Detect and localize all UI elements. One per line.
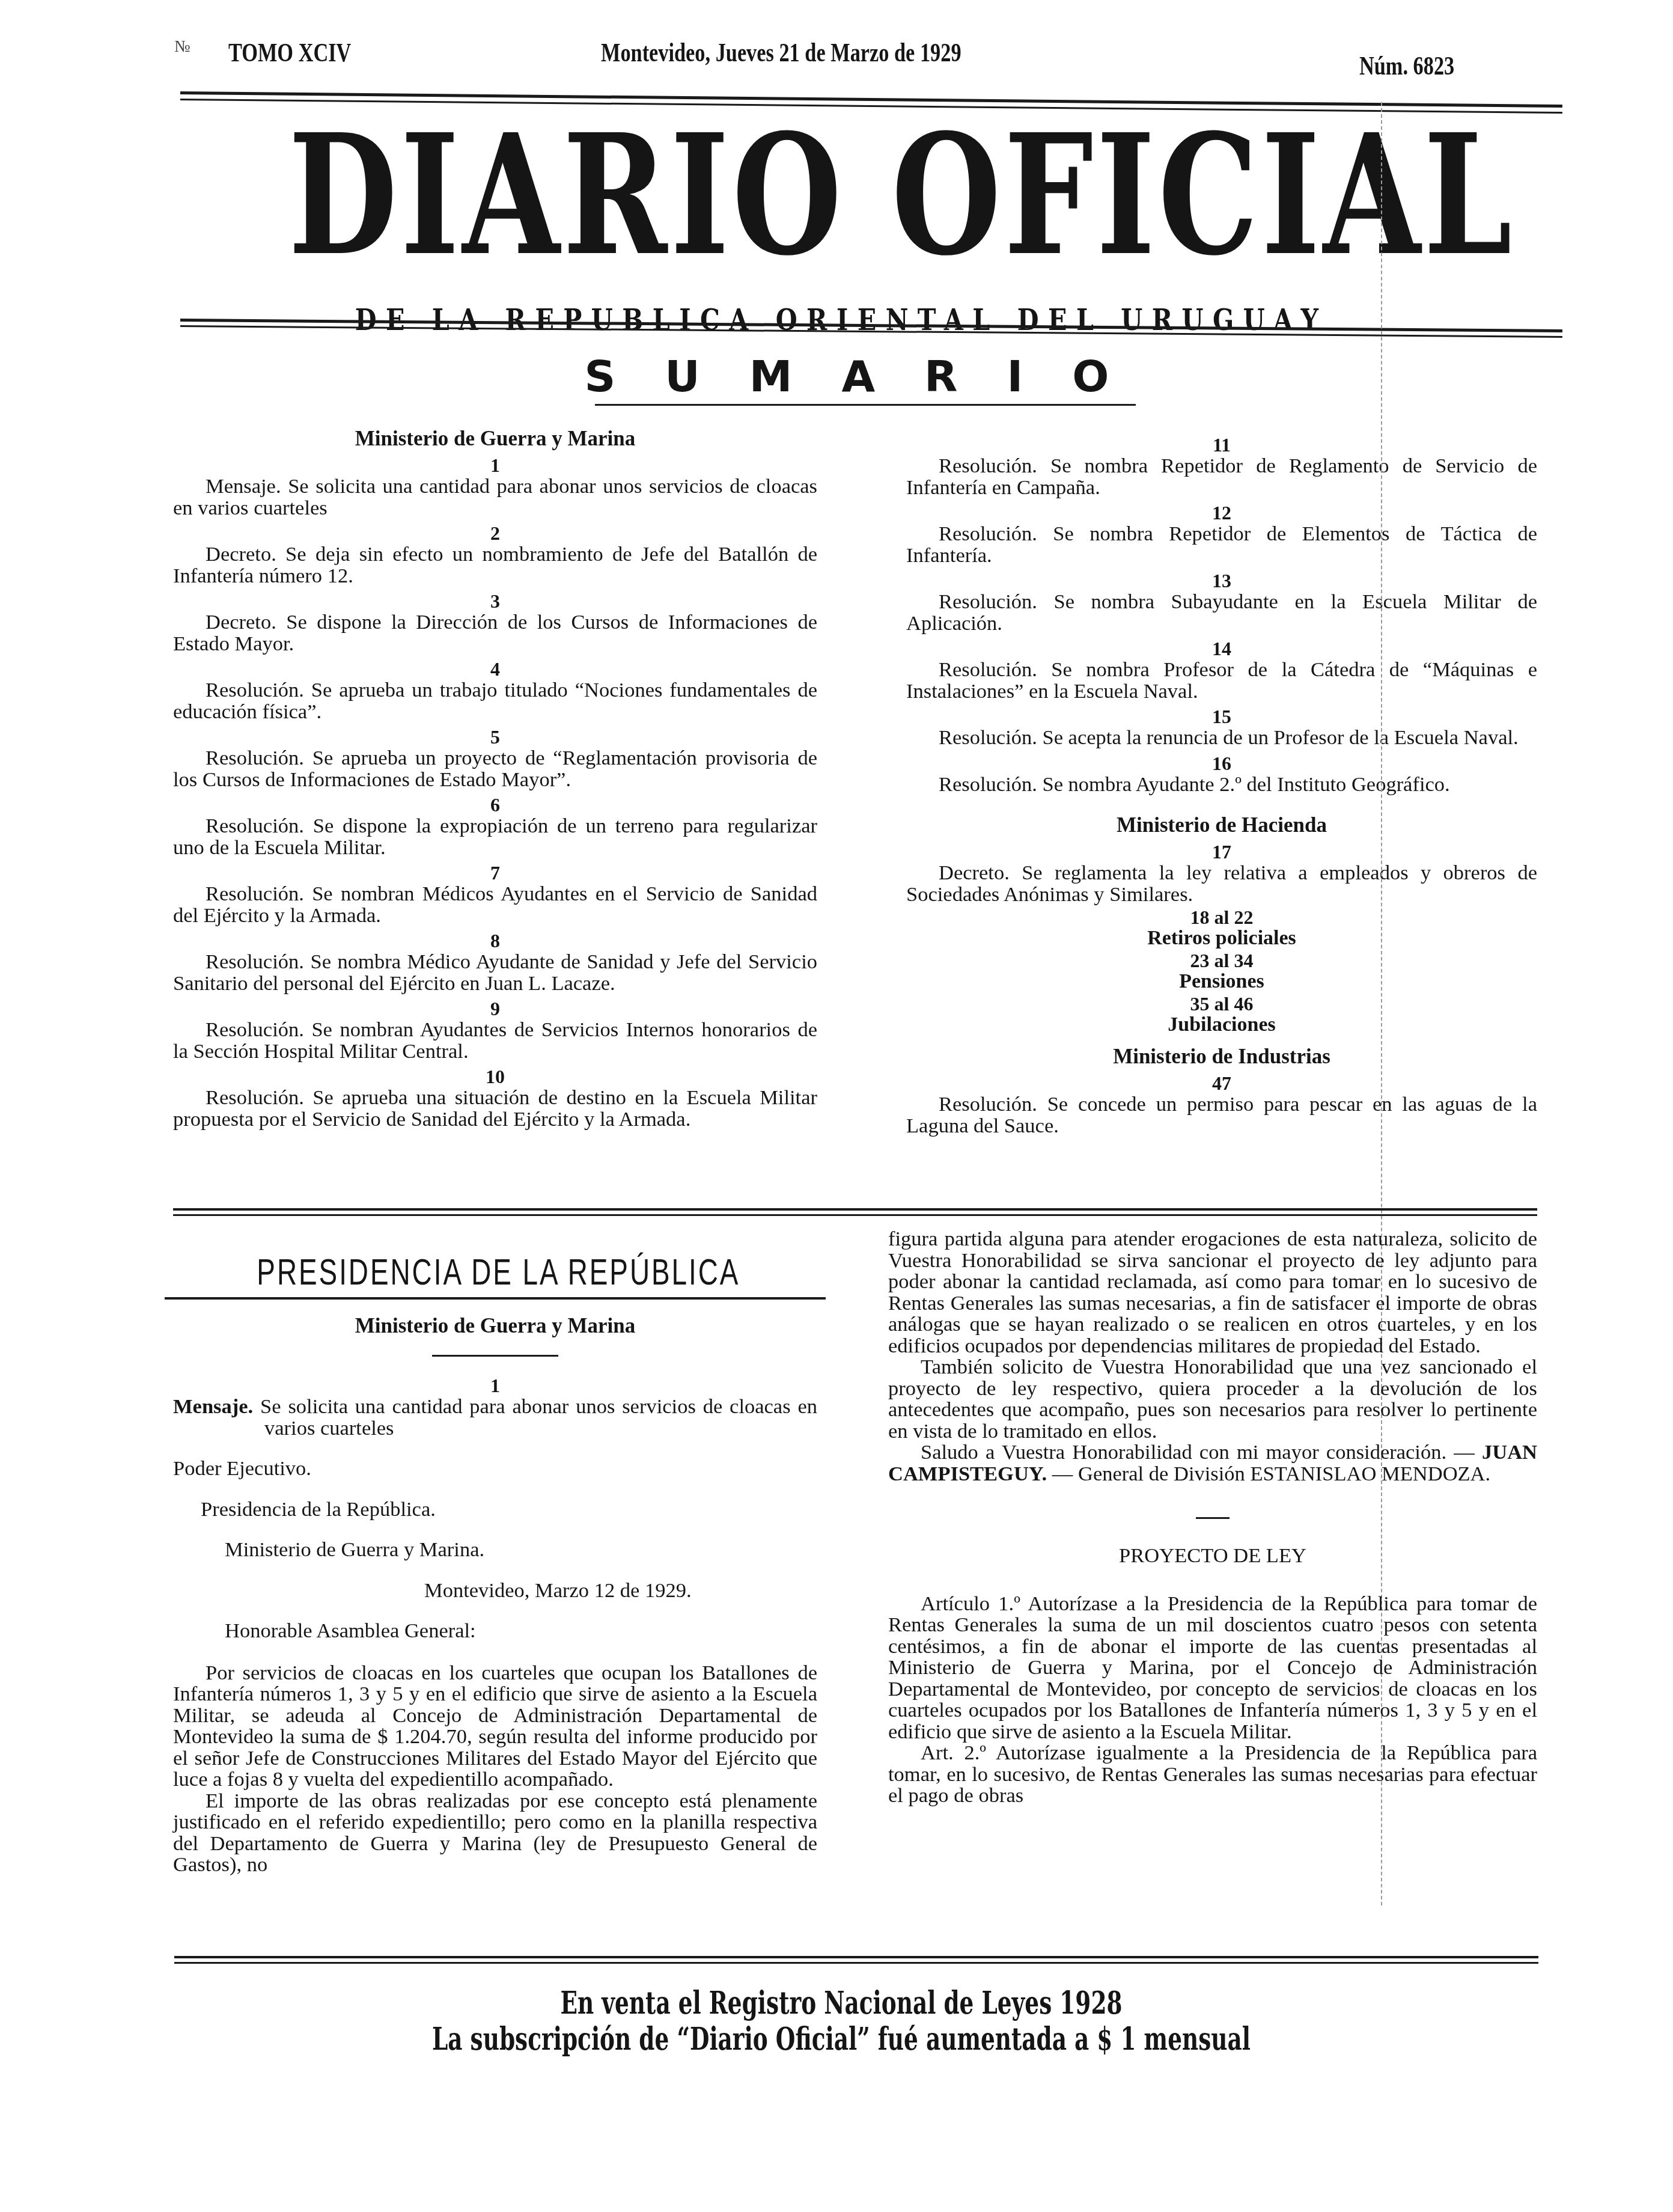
summary-entry: 5 Resolución. Se aprueba un proyecto de …: [173, 726, 817, 790]
summary-entry: 10 Resolución. Se aprueba una situación …: [173, 1066, 817, 1130]
entry-text: Decreto. Se reglamenta la ley relativa a…: [906, 863, 1537, 905]
summary-entry: 4 Resolución. Se aprueba un trabajo titu…: [173, 658, 817, 723]
entry-number: 10: [173, 1066, 817, 1087]
summary-range: 18 al 22 Retiros policiales: [906, 906, 1537, 949]
issue-date: Montevideo, Jueves 21 de Marzo de 1929: [601, 37, 961, 68]
entry-number: 7: [173, 862, 817, 884]
summary-entry: 15 Resolución. Se acepta la renuncia de …: [906, 706, 1537, 749]
summary-range: 35 al 46 Jubilaciones: [906, 993, 1537, 1035]
body-paragraph: figura partida alguna para atender eroga…: [888, 1229, 1537, 1357]
entry-text: Resolución. Se aprueba un trabajo titula…: [173, 680, 817, 723]
summary-left-column: Ministerio de Guerra y Marina 1 Mensaje.…: [173, 424, 817, 1130]
summary-entry: 11 Resolución. Se nombra Repetidor de Re…: [906, 434, 1537, 498]
article-ministry: Ministerio de Guerra y Marina: [173, 1314, 817, 1338]
summary-heading-underline: [595, 404, 1136, 406]
entry-text: Decreto. Se deja sin efecto un nombramie…: [173, 544, 817, 587]
article-left-column: PRESIDENCIA DE LA REPÚBLICA Ministerio d…: [173, 1237, 817, 1876]
section-title: PRESIDENCIA DE LA REPÚBLICA: [257, 1251, 733, 1294]
entry-number: 5: [173, 726, 817, 748]
range-numbers: 18 al 22: [906, 906, 1537, 928]
summary-entry: 7 Resolución. Se nombran Médicos Ayudant…: [173, 862, 817, 926]
summary-entry: 17 Decreto. Se reglamenta la ley relativ…: [906, 841, 1537, 905]
entry-number: 15: [906, 706, 1537, 727]
summary-ministry-industrias: Ministerio de Industrias: [906, 1045, 1537, 1069]
body-paragraph: También solicito de Vuestra Honorabilida…: [888, 1357, 1537, 1442]
notice-registro: En venta el Registro Nacional de Leyes 1…: [365, 1985, 1317, 2021]
entry-text: Mensaje. Se solicita una cantidad para a…: [173, 476, 817, 519]
summary-entry: 6 Resolución. Se dispone la expropiación…: [173, 794, 817, 858]
notice-subscription: La subscripción de “Diario Oficial” fué …: [365, 2021, 1317, 2058]
article-right-column: figura partida alguna para atender eroga…: [888, 1229, 1537, 1807]
lead-text: Se solicita una cantidad para abonar uno…: [260, 1395, 817, 1440]
entry-number: 2: [173, 522, 817, 544]
entry-text: Resolución. Se dispone la expropiación d…: [173, 816, 817, 858]
footer-rule-top: [174, 1956, 1538, 1958]
entry-text: Resolución. Se aprueba una situación de …: [173, 1087, 817, 1130]
entry-text: Resolución. Se aprueba un proyecto de “R…: [173, 748, 817, 790]
corner-mark: №: [174, 37, 190, 57]
summary-entry: 12 Resolución. Se nombra Repetidor de El…: [906, 502, 1537, 566]
entry-number: 11: [906, 434, 1537, 456]
summary-entry: 14 Resolución. Se nombra Profesor de la …: [906, 638, 1537, 702]
addressee-line: Presidencia de la República.: [173, 1499, 817, 1521]
issue-number: Núm. 6823: [1359, 50, 1454, 81]
body-paragraph: Por servicios de cloacas en los cuartele…: [173, 1663, 817, 1791]
entry-number: 6: [173, 794, 817, 816]
bill-article: Art. 2.º Autorízase igualmente a la Pres…: [888, 1743, 1537, 1807]
footer-rule-bottom: [174, 1962, 1538, 1964]
addressee-line: Poder Ejecutivo.: [173, 1458, 817, 1480]
summary-entry: 2 Decreto. Se deja sin efecto un nombram…: [173, 522, 817, 587]
range-label: Pensiones: [906, 971, 1537, 992]
entry-number: 47: [906, 1072, 1537, 1094]
entry-number: 3: [173, 590, 817, 612]
bill-title: PROYECTO DE LEY: [888, 1545, 1537, 1567]
range-numbers: 23 al 34: [906, 950, 1537, 971]
bill-article: Artículo 1.º Autorízase a la Presidencia…: [888, 1593, 1537, 1743]
body-paragraph: El importe de las obras realizadas por e…: [173, 1791, 817, 1876]
range-numbers: 35 al 46: [906, 993, 1537, 1015]
entry-text: Decreto. Se dispone la Dirección de los …: [173, 612, 817, 655]
article-number: 1: [173, 1375, 817, 1396]
summary-ministry-guerra: Ministerio de Guerra y Marina: [173, 427, 817, 451]
entry-text: Resolución. Se nombra Médico Ayudante de…: [173, 952, 817, 994]
closing-paragraph: Saludo a Vuestra Honorabilidad con mi ma…: [888, 1442, 1537, 1485]
closing-text: Saludo a Vuestra Honorabilidad con mi ma…: [921, 1441, 1475, 1464]
entry-number: 8: [173, 930, 817, 952]
addressee-line: Ministerio de Guerra y Marina.: [173, 1539, 817, 1561]
entry-text: Resolución. Se acepta la renuncia de un …: [906, 727, 1537, 749]
summary-entry: 13 Resolución. Se nombra Subayudante en …: [906, 570, 1537, 634]
volume-label: TOMO XCIV: [228, 37, 351, 68]
article-lead: Mensaje. Se solicita una cantidad para a…: [173, 1396, 817, 1439]
summary-entry: 8 Resolución. Se nombra Médico Ayudante …: [173, 930, 817, 994]
summary-entry: 3 Decreto. Se dispone la Dirección de lo…: [173, 590, 817, 655]
entry-number: 1: [173, 454, 817, 476]
entry-text: Resolución. Se nombra Ayudante 2.º del I…: [906, 774, 1537, 796]
entry-text: Resolución. Se nombran Médicos Ayudantes…: [173, 884, 817, 926]
entry-number: 14: [906, 638, 1537, 659]
entry-number: 16: [906, 753, 1537, 774]
place-date: Montevideo, Marzo 12 de 1929.: [173, 1580, 817, 1602]
lead-label: Mensaje.: [173, 1395, 253, 1418]
salutation: Honorable Asamblea General:: [173, 1621, 817, 1642]
entry-number: 12: [906, 502, 1537, 524]
entry-text: Resolución. Se nombra Repetidor de Eleme…: [906, 524, 1537, 566]
summary-entry: 47 Resolución. Se concede un permiso par…: [906, 1072, 1537, 1137]
range-label: Jubilaciones: [906, 1015, 1537, 1035]
summary-ministry-hacienda: Ministerio de Hacienda: [906, 813, 1537, 837]
range-label: Retiros policiales: [906, 928, 1537, 949]
signature-separator: —: [1047, 1462, 1078, 1485]
entry-number: 13: [906, 570, 1537, 591]
entry-number: 17: [906, 841, 1537, 863]
summary-rule-bottom: [173, 1214, 1537, 1216]
entry-text: Resolución. Se nombran Ayudantes de Serv…: [173, 1019, 817, 1062]
entry-text: Resolución. Se nombra Profesor de la Cát…: [906, 659, 1537, 702]
signature-minister: General de División ESTANISLAO MENDOZA.: [1078, 1462, 1490, 1485]
entry-text: Resolución. Se nombra Repetidor de Regla…: [906, 456, 1537, 498]
summary-entry: 16 Resolución. Se nombra Ayudante 2.º de…: [906, 753, 1537, 796]
entry-text: Resolución. Se concede un permiso para p…: [906, 1094, 1537, 1137]
ministry-short-rule: [432, 1355, 558, 1357]
section-title-underline: [165, 1297, 826, 1300]
signature-short-rule: [1196, 1517, 1230, 1519]
summary-range: 23 al 34 Pensiones: [906, 950, 1537, 992]
summary-heading: SUMARIO: [541, 355, 1202, 398]
entry-number: 4: [173, 658, 817, 680]
summary-rule-top: [173, 1208, 1537, 1211]
entry-text: Resolución. Se nombra Subayudante en la …: [906, 591, 1537, 634]
summary-entry: 9 Resolución. Se nombran Ayudantes de Se…: [173, 998, 817, 1062]
masthead-title: DIARIO OFICIAL: [288, 113, 1392, 279]
entry-number: 9: [173, 998, 817, 1019]
summary-entry: 1 Mensaje. Se solicita una cantidad para…: [173, 454, 817, 519]
summary-right-column: 11 Resolución. Se nombra Repetidor de Re…: [906, 430, 1537, 1137]
